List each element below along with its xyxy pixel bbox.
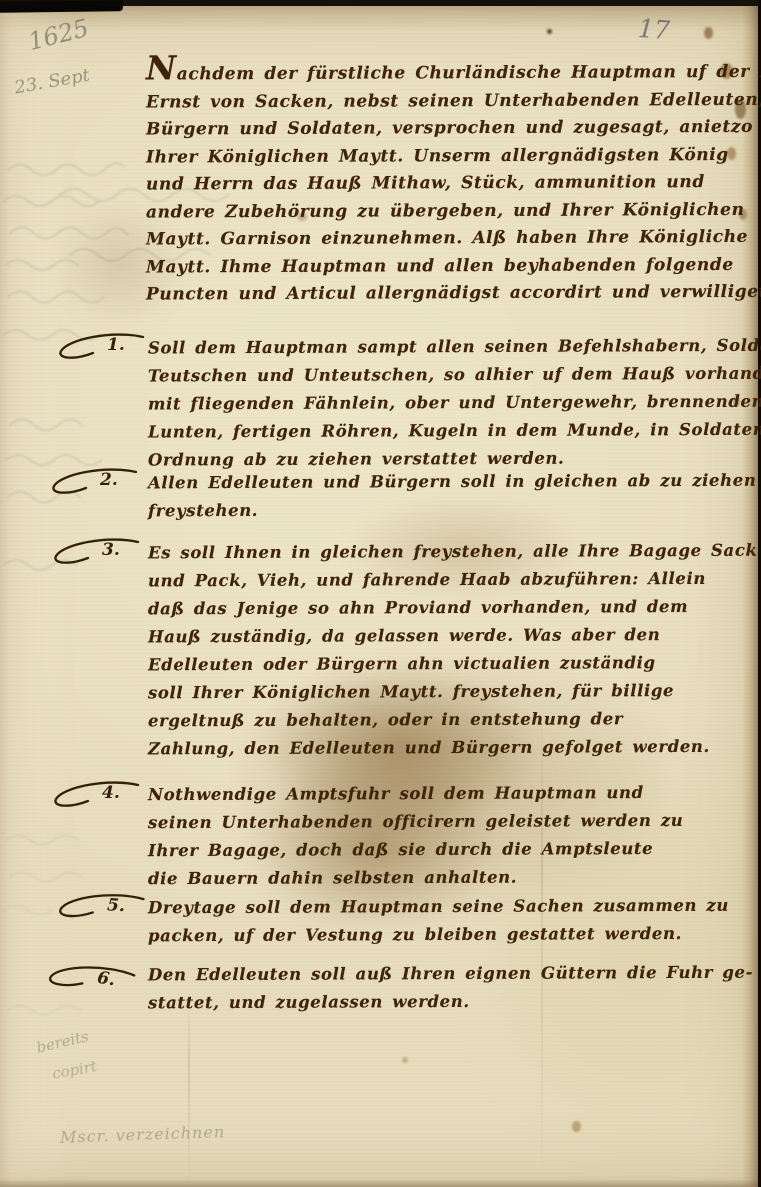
manuscript-line: Maytt. Ihme Hauptman und allen beyhabend… xyxy=(146,251,761,282)
item-number: 4. xyxy=(102,783,120,803)
item-number: 1. xyxy=(107,335,125,355)
manuscript-line: seinen Unterhabenden officirern geleiste… xyxy=(148,807,683,837)
article-1: Soll dem Hauptman sampt allen seinen Bef… xyxy=(148,333,761,473)
manuscript-line: Edelleuten oder Bürgern ahn victualien z… xyxy=(148,649,758,680)
manuscript-line: Hauß zuständig, da gelassen werde. Was a… xyxy=(148,621,758,652)
manuscript-line: und Herrn das Hauß Mithaw, Stück, ammuni… xyxy=(146,168,761,199)
manuscript-line: Den Edelleuten soll auß Ihren eignen Güt… xyxy=(148,959,753,990)
item-marker-1: 1. xyxy=(55,330,151,366)
manuscript-page: 1625 23. Sept 17 bereits copirt Mscr. ve… xyxy=(0,5,758,1187)
document-scan: 1625 23. Sept 17 bereits copirt Mscr. ve… xyxy=(0,0,761,1187)
manuscript-line: Maytt. Garnison einzunehmen. Alß haben I… xyxy=(146,223,761,254)
manuscript-line: Es soll Ihnen in gleichen freystehen, al… xyxy=(148,537,758,568)
manuscript-line: Ihrer Königlichen Maytt. Unserm allergnä… xyxy=(146,141,761,172)
manuscript-line: die Bauern dahin selbsten anhalten. xyxy=(148,863,683,893)
manuscript-line: soll Ihrer Königlichen Maytt. freystehen… xyxy=(148,677,758,708)
manuscript-line: und Pack, Vieh, und fahrende Haab abzufü… xyxy=(148,565,758,596)
article-6: Den Edelleuten soll auß Ihren eignen Güt… xyxy=(148,960,753,1016)
foxing-spot xyxy=(704,27,713,39)
item-number: 2. xyxy=(100,470,118,490)
item-number: 3. xyxy=(102,540,120,560)
manuscript-line: Ihrer Bagage, doch daß sie durch die Amp… xyxy=(148,835,683,865)
manuscript-line: ergeltnuß zu behalten, oder in entstehun… xyxy=(148,705,758,736)
article-5: Dreytage soll dem Hauptman seine Sachen … xyxy=(148,893,729,949)
flourish-stroke xyxy=(55,330,151,366)
manuscript-line: stattet, und zugelassen werden. xyxy=(148,987,753,1018)
manuscript-line: Nothwendige Amptsfuhr soll dem Hauptman … xyxy=(148,779,683,809)
item-number: 5. xyxy=(107,895,126,916)
manuscript-line: Zahlung, den Edelleuten und Bürgern gefo… xyxy=(148,733,758,764)
article-4: Nothwendige Amptsfuhr soll dem Hauptman … xyxy=(148,780,683,892)
manuscript-line: daß das Jenige so ahn Proviand vorhanden… xyxy=(148,593,758,624)
flourish-stroke xyxy=(54,888,152,929)
bottom-edge-shadow xyxy=(0,1179,758,1187)
manuscript-line: packen, uf der Vestung zu bleiben gestat… xyxy=(148,920,729,951)
item-marker-5: 5. xyxy=(54,888,152,929)
folio-number: 17 xyxy=(637,14,671,45)
item-number: 6. xyxy=(96,968,117,991)
item-marker-3: 3. xyxy=(50,535,146,571)
article-3: Es soll Ihnen in gleichen freystehen, al… xyxy=(148,538,758,762)
foxing-spot xyxy=(402,1057,408,1063)
item-marker-2: 2. xyxy=(48,465,144,501)
manuscript-line: Nachdem der fürstliche Churländische Hau… xyxy=(146,55,761,89)
manuscript-line: Teutschen und Unteutschen, so alhier uf … xyxy=(148,360,761,391)
flourish-stroke xyxy=(48,465,144,501)
flourish-stroke xyxy=(50,778,146,814)
foxing-spot xyxy=(572,1121,581,1132)
paper-crease xyxy=(188,1000,190,1187)
manuscript-line: freystehen. xyxy=(148,495,757,526)
flourish-stroke xyxy=(50,535,146,571)
manuscript-line: Bürgern und Soldaten, versprochen und zu… xyxy=(146,113,761,144)
article-2: Allen Edelleuten und Bürgern soll in gle… xyxy=(148,468,756,524)
intro-paragraph: Nachdem der fürstliche Churländische Hau… xyxy=(146,57,761,308)
manuscript-line: Allen Edelleuten und Bürgern soll in gle… xyxy=(148,467,757,498)
manuscript-line: Soll dem Hauptman sampt allen seinen Bef… xyxy=(148,332,761,363)
manuscript-line: mit fliegenden Fähnlein, ober und Unterg… xyxy=(148,388,761,419)
manuscript-line: Dreytage soll dem Hauptman seine Sachen … xyxy=(148,892,729,923)
manuscript-line: Ernst von Sacken, nebst seinen Unterhabe… xyxy=(146,86,761,117)
manuscript-line: Lunten, fertigen Röhren, Kugeln in dem M… xyxy=(148,416,761,447)
item-marker-4: 4. xyxy=(50,778,146,814)
scan-corner-shadow xyxy=(0,0,123,13)
manuscript-line: Puncten und Articul allergnädigst accord… xyxy=(146,278,761,309)
manuscript-line: andere Zubehörung zu übergeben, und Ihre… xyxy=(146,196,761,227)
ink-speck xyxy=(547,29,552,34)
